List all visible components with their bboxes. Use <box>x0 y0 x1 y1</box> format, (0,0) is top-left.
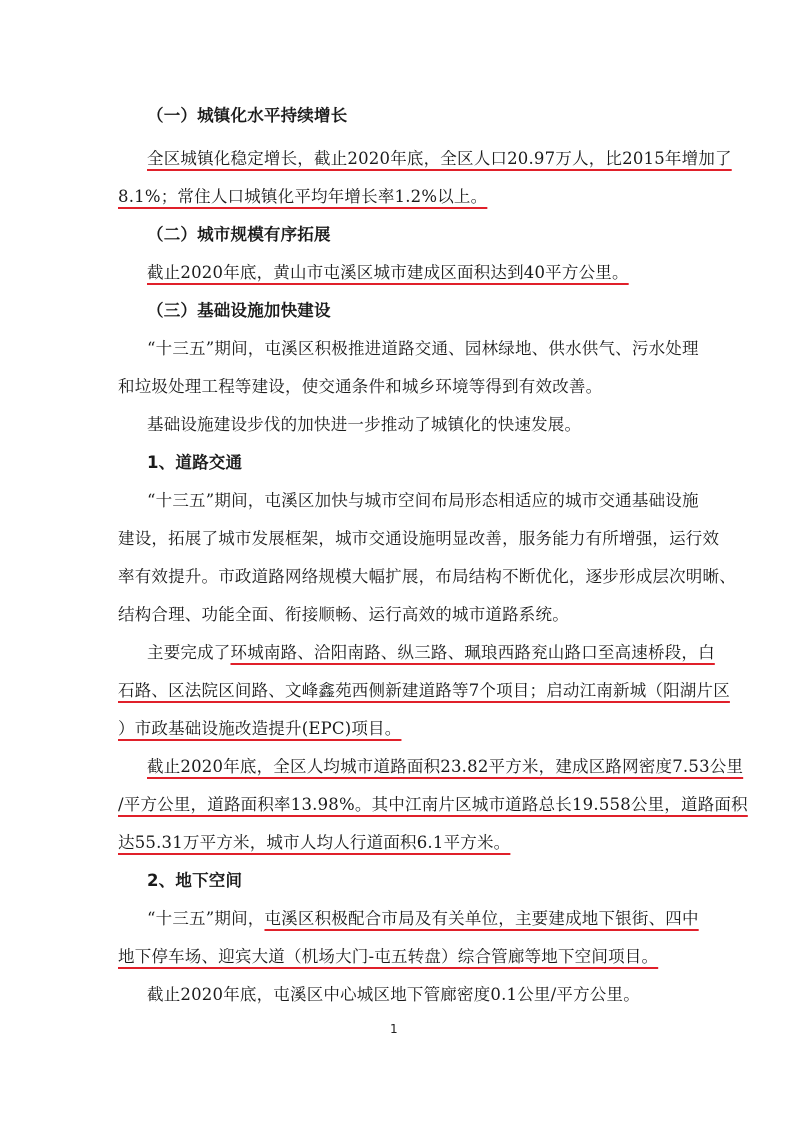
underlined-text: 全区城镇化稳定增长，截止2020年底，全区人口20.97万人，比2015年增加了 <box>147 149 732 168</box>
plain-text: “十三五”期间， <box>147 909 264 928</box>
paragraph-line: 截止2020年底，全区人均城市道路面积23.82平方米，建成区路网密度7.53公… <box>147 756 708 778</box>
paragraph-line: /平方公里，道路面积率13.98%。其中江南片区城市道路总长19.558公里，道… <box>118 794 708 816</box>
subsection-heading-underground: 2、地下空间 <box>147 870 708 892</box>
section-heading-1: （一）城镇化水平持续增长 <box>147 105 708 127</box>
underlined-text: /平方公里，道路面积率13.98%。其中江南片区城市道路总长19.558公里，道… <box>118 795 748 814</box>
section-heading-3: （三）基础设施加快建设 <box>147 300 708 322</box>
paragraph-line: ）市政基础设施改造提升(EPC)项目。 <box>118 718 708 740</box>
underlined-text: 屯溪区积极配合市局及有关单位，主要建成地下银街、四中 <box>264 909 698 928</box>
paragraph-line: 全区城镇化稳定增长，截止2020年底，全区人口20.97万人，比2015年增加了 <box>147 148 708 170</box>
underlined-text: 8.1%；常住人口城镇化平均年增长率1.2%以上。 <box>118 187 487 206</box>
paragraph-line: “十三五”期间，屯溪区加快与城市空间布局形态相适应的城市交通基础设施 <box>147 490 708 512</box>
page-number: 1 <box>390 1022 398 1036</box>
paragraph-line: 主要完成了环城南路、洽阳南路、纵三路、珮琅西路兖山路口至高速桥段，白 <box>147 642 708 664</box>
document-page: （一）城镇化水平持续增长 全区城镇化稳定增长，截止2020年底，全区人口20.9… <box>0 0 793 1122</box>
underlined-text: 地下停车场、迎宾大道（机场大门-屯五转盘）综合管廊等地下空间项目。 <box>118 947 658 966</box>
paragraph-line: 地下停车场、迎宾大道（机场大门-屯五转盘）综合管廊等地下空间项目。 <box>118 946 708 968</box>
paragraph-line: 率有效提升。市政道路网络规模大幅扩展，布局结构不断优化，逐步形成层次明晰、 <box>118 566 708 588</box>
subsection-heading-roads: 1、道路交通 <box>147 452 708 474</box>
underlined-text: 截止2020年底，全区人均城市道路面积23.82平方米，建成区路网密度7.53公… <box>147 757 743 776</box>
paragraph-line: 8.1%；常住人口城镇化平均年增长率1.2%以上。 <box>118 186 708 208</box>
paragraph-line: “十三五”期间，屯溪区积极配合市局及有关单位，主要建成地下银街、四中 <box>147 908 708 930</box>
paragraph-line: 截止2020年底，黄山市屯溪区城市建成区面积达到40平方公里。 <box>147 262 708 284</box>
paragraph-line: 石路、区法院区间路、文峰鑫苑西侧新建道路等7个项目；启动江南新城（阳湖片区 <box>118 680 708 702</box>
section-heading-2: （二）城市规模有序拓展 <box>147 224 708 246</box>
paragraph-line: 达55.31万平方米，城市人均人行道面积6.1平方米。 <box>118 832 708 854</box>
paragraph-line: 和垃圾处理工程等建设，使交通条件和城乡环境等得到有效改善。 <box>118 376 708 398</box>
underlined-text: 截止2020年底，黄山市屯溪区城市建成区面积达到40平方公里。 <box>147 263 629 282</box>
underlined-text: 达55.31万平方米，城市人均人行道面积6.1平方米。 <box>118 833 510 852</box>
paragraph-line: 结构合理、功能全面、衔接顺畅、运行高效的城市道路系统。 <box>118 604 708 626</box>
paragraph-line: 截止2020年底，屯溪区中心城区地下管廊密度0.1公里/平方公里。 <box>147 984 708 1006</box>
paragraph-line: “十三五”期间，屯溪区积极推进道路交通、园林绿地、供水供气、污水处理 <box>147 338 708 360</box>
plain-text: 主要完成了 <box>147 643 231 662</box>
underlined-text: ）市政基础设施改造提升(EPC)项目。 <box>118 719 401 738</box>
underlined-text: 石路、区法院区间路、文峰鑫苑西侧新建道路等7个项目；启动江南新城（阳湖片区 <box>118 681 730 700</box>
paragraph-line: 基础设施建设步伐的加快进一步推动了城镇化的快速发展。 <box>147 414 708 436</box>
paragraph-line: 建设，拓展了城市发展框架，城市交通设施明显改善，服务能力有所增强，运行效 <box>118 528 708 550</box>
underlined-text: 环城南路、洽阳南路、纵三路、珮琅西路兖山路口至高速桥段，白 <box>231 643 715 662</box>
